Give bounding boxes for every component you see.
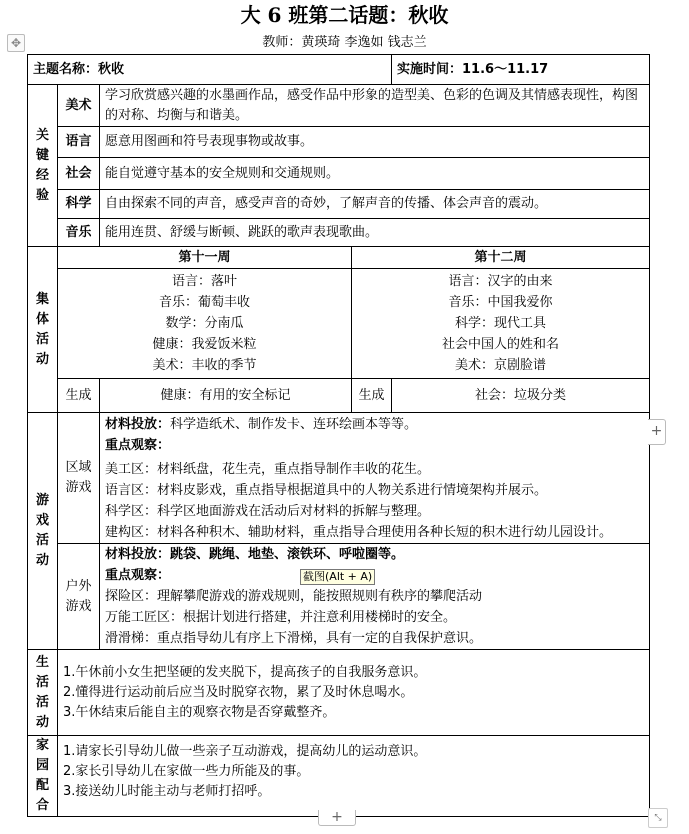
header-row: 主题名称：秋收 实施时间：11.6～11.17 bbox=[28, 55, 650, 85]
activity-item: 美术：京剧脸谱 bbox=[357, 355, 644, 376]
add-column-button[interactable]: + bbox=[648, 419, 666, 445]
observe-item: 建构区：材料各种积木、辅助材料，重点指导合理使用各种长短的积木进行幼儿园设计。 bbox=[105, 522, 644, 543]
week-11-title: 第十一周 bbox=[58, 247, 352, 269]
week-12-generated-activity[interactable]: 社会：垃圾分类 bbox=[392, 379, 650, 413]
game-activity-label: 游戏 活动 bbox=[28, 413, 58, 650]
observe-item: 美工区：材料纸盘，花生壳，重点指导制作丰收的花生。 bbox=[105, 459, 644, 480]
week-12-title: 第十二周 bbox=[352, 247, 650, 269]
key-experience-row: 关键 经验 美术 学习欣赏感兴趣的水墨画作品，感受作品中形象的造型美、色彩的色调… bbox=[28, 85, 650, 127]
materials-text: 跳袋、跳绳、地垫、滚铁环、呼啦圈等。 bbox=[170, 547, 404, 562]
subject-art: 美术 bbox=[58, 85, 100, 127]
life-item: 3.午休结束后能自主的观察衣物是否穿戴整齐。 bbox=[63, 703, 644, 723]
generated-activity-row: 生成 健康：有用的安全标记 生成 社会：垃圾分类 bbox=[28, 379, 650, 413]
activity-item: 科学：现代工具 bbox=[357, 313, 644, 334]
materials-label: 材料投放： bbox=[105, 417, 170, 432]
observe-item: 科学区：科学区地面游戏在活动后对材料的拆解与整理。 bbox=[105, 501, 644, 522]
life-activity-label: 生活 活动 bbox=[28, 650, 58, 736]
objective-society[interactable]: 能自觉遵守基本的安全规则和交通规则。 bbox=[100, 158, 650, 190]
time-cell[interactable]: 实施时间：11.6～11.17 bbox=[392, 55, 650, 85]
theme-name: 主题名称：秋收 bbox=[33, 62, 124, 77]
group-activity-week-row: 集体 活动 第十一周 第十二周 bbox=[28, 247, 650, 269]
theme-cell[interactable]: 主题名称：秋收 bbox=[28, 55, 392, 85]
subject-society: 社会 bbox=[58, 158, 100, 190]
activity-item: 音乐：中国我爱你 bbox=[357, 292, 644, 313]
observe-item: 万能工匠区：根据计划进行搭建，并注意利用楼梯时的安全。 bbox=[105, 607, 644, 628]
home-item: 3.接送幼儿时能主动与老师打招呼。 bbox=[63, 782, 644, 802]
subject-music: 音乐 bbox=[58, 219, 100, 247]
key-experience-row: 语言 愿意用图画和符号表现事物或故事。 bbox=[28, 127, 650, 158]
home-item: 2.家长引导幼儿在家做一些力所能及的事。 bbox=[63, 762, 644, 782]
life-activity-content[interactable]: 1.午休前小女生把坚硬的发夹脱下，提高孩子的自我服务意识。 2.懂得进行运动前后… bbox=[58, 650, 650, 736]
observe-item: 语言区：材料皮影戏，重点指导根据道具中的人物关系进行情境架构并展示。 bbox=[105, 480, 644, 501]
outdoor-game-row: 户外游戏 材料投放：跳袋、跳绳、地垫、滚铁环、呼啦圈等。 重点观察： 探险区：理… bbox=[28, 544, 650, 650]
materials-label: 材料投放： bbox=[105, 547, 170, 562]
subject-science: 科学 bbox=[58, 190, 100, 219]
key-experience-row: 社会 能自觉遵守基本的安全规则和交通规则。 bbox=[28, 158, 650, 190]
observe-item: 探险区：理解攀爬游戏的游戏规则，能按照规则有秩序的攀爬活动 bbox=[105, 586, 644, 607]
home-cooperation-label: 家园 配合 bbox=[28, 736, 58, 817]
outdoor-game-label: 户外游戏 bbox=[58, 544, 100, 650]
home-cooperation-row: 家园 配合 1.请家长引导幼儿做一些亲子互动游戏，提高幼儿的运动意识。 2.家长… bbox=[28, 736, 650, 817]
area-game-content[interactable]: 材料投放：科学造纸术、制作发卡、连环绘画本等等。 重点观察： 美工区：材料纸盘，… bbox=[100, 413, 650, 544]
life-activity-row: 生活 活动 1.午休前小女生把坚硬的发夹脱下，提高孩子的自我服务意识。 2.懂得… bbox=[28, 650, 650, 736]
activity-item: 语言：落叶 bbox=[63, 271, 346, 292]
objective-music[interactable]: 能用连贯、舒缓与断顿、跳跃的歌声表现歌曲。 bbox=[100, 219, 650, 247]
activity-item: 美术：丰收的季节 bbox=[63, 355, 346, 376]
implementation-time: 实施时间：11.6～11.17 bbox=[397, 62, 548, 77]
materials-text: 科学造纸术、制作发卡、连环绘画本等等。 bbox=[170, 417, 417, 432]
key-experience-row: 科学 自由探索不同的声音，感受声音的奇妙，了解声音的传播、体会声音的震动。 bbox=[28, 190, 650, 219]
activity-item: 语言：汉字的由来 bbox=[357, 271, 644, 292]
table-resize-icon[interactable]: ⤡ bbox=[648, 808, 668, 828]
observe-item: 滑滑梯：重点指导幼儿有序上下滑梯，具有一定的自我保护意识。 bbox=[105, 628, 644, 649]
week-11-activities[interactable]: 语言：落叶 音乐：葡萄丰收 数学：分南瓜 健康：我爱饭米粒 美术：丰收的季节 bbox=[58, 269, 352, 379]
objective-science[interactable]: 自由探索不同的声音，感受声音的奇妙，了解声音的传播、体会声音的震动。 bbox=[100, 190, 650, 219]
week-11-generated-activity[interactable]: 健康：有用的安全标记 bbox=[100, 379, 352, 413]
week-12-activities[interactable]: 语言：汉字的由来 音乐：中国我爱你 科学：现代工具 社会中国人的姓和名 美术：京… bbox=[352, 269, 650, 379]
group-activity-list-row: 语言：落叶 音乐：葡萄丰收 数学：分南瓜 健康：我爱饭米粒 美术：丰收的季节 语… bbox=[28, 269, 650, 379]
group-activity-label: 集体 活动 bbox=[28, 247, 58, 413]
area-game-label: 区域游戏 bbox=[58, 413, 100, 544]
outdoor-game-content[interactable]: 材料投放：跳袋、跳绳、地垫、滚铁环、呼啦圈等。 重点观察： 探险区：理解攀爬游戏… bbox=[100, 544, 650, 650]
home-item: 1.请家长引导幼儿做一些亲子互动游戏，提高幼儿的运动意识。 bbox=[63, 742, 644, 762]
document-title: 大 6 班第二话题：秋收 bbox=[0, 2, 689, 28]
objective-language[interactable]: 愿意用图画和符号表现事物或故事。 bbox=[100, 127, 650, 158]
week-12-generated-label: 生成 bbox=[352, 379, 392, 413]
home-cooperation-content[interactable]: 1.请家长引导幼儿做一些亲子互动游戏，提高幼儿的运动意识。 2.家长引导幼儿在家… bbox=[58, 736, 650, 817]
observe-label: 重点观察： bbox=[105, 438, 170, 453]
key-experience-row: 音乐 能用连贯、舒缓与断顿、跳跃的歌声表现歌曲。 bbox=[28, 219, 650, 247]
activity-item: 音乐：葡萄丰收 bbox=[63, 292, 346, 313]
objective-art[interactable]: 学习欣赏感兴趣的水墨画作品，感受作品中形象的造型美、色彩的色调及其情感表现性，构… bbox=[100, 85, 650, 127]
activity-item: 数学：分南瓜 bbox=[63, 313, 346, 334]
life-item: 1.午休前小女生把坚硬的发夹脱下，提高孩子的自我服务意识。 bbox=[63, 663, 644, 683]
activity-item: 健康：我爱饭米粒 bbox=[63, 334, 346, 355]
week-11-generated-label: 生成 bbox=[58, 379, 100, 413]
add-row-button[interactable]: + bbox=[318, 810, 356, 826]
observe-label: 重点观察： bbox=[105, 568, 170, 583]
subject-language: 语言 bbox=[58, 127, 100, 158]
key-experience-label: 关键 经验 bbox=[28, 85, 58, 247]
screenshot-tooltip: 截图(Alt + A) bbox=[300, 569, 375, 585]
lesson-plan-table: 主题名称：秋收 实施时间：11.6～11.17 关键 经验 美术 学习欣赏感兴趣… bbox=[27, 54, 650, 817]
teachers-line: 教师：黄瑛琦 李逸如 钱志兰 bbox=[0, 34, 689, 52]
area-game-row: 游戏 活动 区域游戏 材料投放：科学造纸术、制作发卡、连环绘画本等等。 重点观察… bbox=[28, 413, 650, 544]
life-item: 2.懂得进行运动前后应当及时脱穿衣物，累了及时休息喝水。 bbox=[63, 683, 644, 703]
activity-item: 社会中国人的姓和名 bbox=[357, 334, 644, 355]
